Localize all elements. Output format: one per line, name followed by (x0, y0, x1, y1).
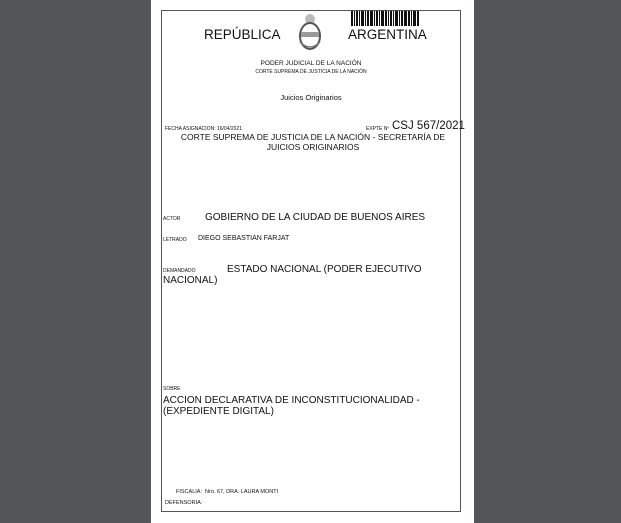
barcode-icon (351, 11, 435, 26)
court-name: CORTE SUPREMA DE JUSTICIA DE LA NACIÓN -… (165, 132, 461, 152)
document-page: REPÚBLICA ARGENTINA PODER JUDICIAL DE LA… (151, 0, 474, 523)
fiscalia-label: FISCALIA: (176, 489, 202, 495)
fiscalia: FISCALIA: Nro. 67, DRA. LAURA MONTI (176, 489, 278, 495)
coat-of-arms-icon (297, 12, 323, 52)
fiscalia-value: Nro. 67, DRA. LAURA MONTI (205, 489, 278, 495)
letrado-value: DIEGO SEBASTIAN FARJAT (198, 235, 289, 242)
defensoria: DEFENSORIA: (165, 500, 202, 506)
page-border (161, 10, 461, 512)
defensoria-label: DEFENSORIA: (165, 500, 202, 506)
demandado-value: ESTADO NACIONAL (PODER EJECUTIVO NACIONA… (163, 264, 433, 286)
expte-value: CSJ 567/2021 (392, 120, 465, 132)
letrado-label: LETRADO (163, 237, 187, 243)
republica-title: REPÚBLICA (204, 27, 281, 42)
sobre-label: SOBRE (163, 386, 181, 392)
section-title: Juicios Originarios (161, 93, 461, 102)
actor-value: GOBIERNO DE LA CIUDAD DE BUENOS AIRES (205, 212, 425, 223)
actor-label: ACTOR (163, 216, 180, 222)
argentina-title: ARGENTINA (348, 27, 427, 42)
sobre-value: ACCION DECLARATIVA DE INCONSTITUCIONALID… (163, 395, 443, 417)
corte-suprema: CORTE SUPREMA DE JUSTICIA DE LA NACIÓN (161, 69, 461, 75)
poder-judicial: PODER JUDICIAL DE LA NACIÓN (161, 60, 461, 67)
